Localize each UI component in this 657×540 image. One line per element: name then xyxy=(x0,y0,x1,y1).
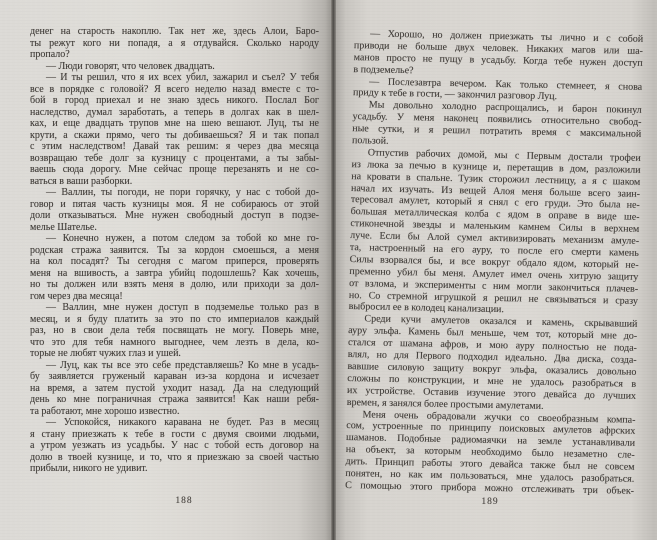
text-line: прибыли, никого не удивит. xyxy=(30,463,319,475)
text-line: на время, а затем пустой уходит назад. Д… xyxy=(30,383,319,395)
text-line: та работают, мне хорошо известно. xyxy=(30,406,319,418)
page-right-text: — Хорошо, но должен приезжать ты лично и… xyxy=(345,28,643,497)
text-line: — Валлин, мне нужен доступ в подземелье … xyxy=(30,302,319,314)
page-right: — Хорошо, но должен приезжать ты лично и… xyxy=(336,0,657,540)
text-line: говор и пятая часть кузницы моя. Я не со… xyxy=(30,199,319,211)
text-line: все в порядке с головой? Я всего неделю … xyxy=(30,84,319,96)
text-line: мелье Шателье. xyxy=(30,222,319,234)
text-line: ваться в ваши разборки. xyxy=(30,176,319,188)
text-line: бой в город приехал и не знаю здесь нико… xyxy=(30,95,319,107)
text-line: крути, а скажи прямо, чего ты добиваешьс… xyxy=(30,130,319,142)
text-line: что это для тебя намного выгоднее, чем л… xyxy=(30,337,319,349)
text-line: ках, и еще двадцать трупов мне на шею ве… xyxy=(30,118,319,130)
text-line: — Конечно нужен, а потом следом за тобой… xyxy=(30,233,319,245)
text-line: торые не любят чужих глаз и ушей. xyxy=(30,348,319,360)
text-line: месяц, и я буду платить за это по сто им… xyxy=(30,314,319,326)
text-line: — Люди говорят, что человек двадцать. xyxy=(30,61,319,73)
book-spread: денег на старость накоплю. Так нет же, з… xyxy=(0,0,657,540)
page-left-text: денег на старость накоплю. Так нет же, з… xyxy=(30,26,319,475)
text-line: наследство, думал заработать, а теперь в… xyxy=(30,107,319,119)
text-line: — Валлин, ты погоди, не пори горячку, у … xyxy=(30,187,319,199)
text-line: денег на старость накоплю. Так нет же, з… xyxy=(30,26,319,38)
text-line: но ты должен или взять меня в долю, или … xyxy=(30,279,319,291)
text-line: — И ты решил, что я их всех убил, зажари… xyxy=(30,72,319,84)
text-line: родская стража заявится. Ты за кордон см… xyxy=(30,245,319,257)
text-line: долю в твоей кузнице, и то, что я приезж… xyxy=(30,452,319,464)
text-line: доли отказываться. Мне нужен свободный д… xyxy=(30,210,319,222)
text-line: раз, но в свои дела тебя посвящать не мо… xyxy=(30,325,319,337)
text-line: — Успокойся, никакого каравана не будет.… xyxy=(30,417,319,429)
text-line: ваешь сюда дорогу. Мне сейчас проще пере… xyxy=(30,164,319,176)
text-line: я стану приезжать к тебе в гости с двумя… xyxy=(30,429,319,441)
text-line: ты режут кого ни попадя, а я отдувайся. … xyxy=(30,38,319,50)
text-line: гом через два месяца! xyxy=(30,291,319,303)
text-line: возвращаю тебе долг за кузницу с процент… xyxy=(30,153,319,165)
text-line: меня на вшивость, а завтра убийц подошле… xyxy=(30,268,319,280)
page-number-left: 188 xyxy=(39,496,329,506)
text-line: на кол посадят? Ты сегодня с магом припе… xyxy=(30,256,319,268)
text-line: с этим наследством! Давай так решим: я ч… xyxy=(30,141,319,153)
text-line: пропало? xyxy=(30,49,319,61)
page-number-right: 189 xyxy=(345,497,635,507)
text-line: бу заявляется груженый караван из-за кор… xyxy=(30,371,319,383)
page-left: денег на старость накоплю. Так нет же, з… xyxy=(0,0,331,540)
text-line: день ко мне пограничная стража заявится!… xyxy=(30,394,319,406)
text-line: а утром уезжать из усадьбы. У нас с тобо… xyxy=(30,440,319,452)
text-line: — Луц, как ты все это себе представляешь… xyxy=(30,360,319,372)
